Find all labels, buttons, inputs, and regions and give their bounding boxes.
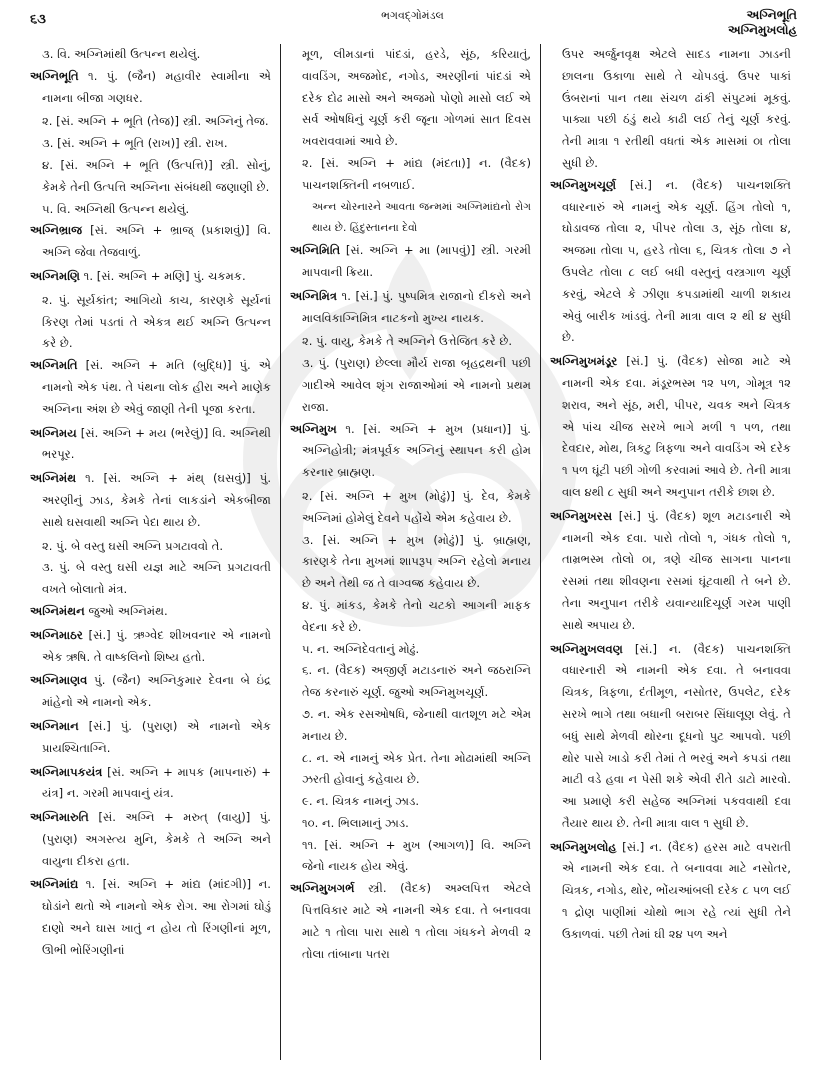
dictionary-entry: અગ્નિભૂતિ ૧. પું. (જૈન) મહાવીર સ્વામીના … [30, 66, 271, 110]
entry-definition: [સં.] પું. (વૈદક) શૂળ મટાડનારી એ નામની એ… [562, 509, 791, 632]
entry-headword: અગ્નિમંથન [30, 604, 85, 618]
entry-sense: ૩. [સં. અગ્નિ + ભૂતિ (રાખ)] સ્ત્રી. રાખ. [30, 133, 271, 155]
entry-headword: અગ્નિમય [30, 426, 77, 440]
entry-continuation: ઉપર અર્જુનવૃક્ષ એટલે સાદડ નામના ઝાડની છા… [550, 44, 791, 175]
book-title: ભગવદ્ગોમંડલ [0, 9, 825, 23]
dictionary-entry: અગ્નિમિત્ર ૧. [સં.] પું. પુષ્પમિત્ર રાજા… [290, 286, 531, 330]
page-header: ૬૩ ભગવદ્ગોમંડલ અગ્નિભૂતિ અગ્નિમુખલોહ [0, 0, 825, 44]
entry-definition: ૧. [સં.] પું. પુષ્પમિત્ર રાજાનો દીકરો અન… [302, 289, 531, 325]
entry-definition: જુઓ અગ્નિમંથ. [85, 604, 168, 618]
entry-headword: અગ્નિમાણવ [30, 673, 87, 687]
entry-headword: અગ્નિમાઠર [30, 628, 83, 642]
entry-headword: અગ્નિમારુતિ [30, 810, 89, 824]
dictionary-entry: અગ્નિમુખલવણ [સં.] ન. (વૈદક) પાચનશક્તિ વધ… [550, 639, 791, 835]
entry-continuation: મૂળ, લીમડાનાં પાંદડાં, હરડે, સૂંઠ, કરિયા… [290, 44, 531, 153]
entry-sense: ૨. પું. સૂર્યકાંત; આગિયો કાચ, કારણકે સૂર… [30, 290, 271, 355]
dictionary-entry: અગ્નિમાપકયંત્ર [સં. અગ્નિ + માપક (માપનાર… [30, 762, 271, 806]
entry-definition: [સં. અગ્નિ + મય (ભરેલું)] વિ. અગ્નિથી ભર… [42, 426, 271, 462]
column-middle: મૂળ, લીમડાનાં પાંદડાં, હરડે, સૂંઠ, કરિયા… [280, 44, 540, 1060]
entry-headword: અગ્નિમુખ [290, 422, 337, 436]
dictionary-entry: અગ્નિમારુતિ [સં. અગ્નિ + મરુત્ (વાયુ)] પ… [30, 807, 271, 872]
entry-sense: ૧૦. ન. ભિલામાનું ઝાડ. [290, 813, 531, 835]
entry-definition: [સં.] ન. (વૈદક) હરસ માટે વપરાતી એ નામની … [562, 840, 791, 941]
guide-word-first: અગ્નિભૂતિ [728, 8, 797, 23]
entry-definition: [સં.] ન. (વૈદક) પાચનશક્તિ વધારનારી એ નામ… [562, 642, 791, 830]
entry-headword: અગ્નિમુખગર્ભ [290, 881, 355, 895]
dictionary-entry: અગ્નિમુખચૂર્ણ [સં.] ન. (વૈદક) પાચનશક્તિ … [550, 175, 791, 349]
entry-headword: અગ્નિમંથ [30, 471, 76, 485]
entry-sense: ૯. ન. ચિત્રક નામનું ઝાડ. [290, 791, 531, 813]
entry-sense: ૩. પું. (પુરાણ) છેલ્લા મૌર્ય રાજા બૃહદ્ર… [290, 353, 531, 418]
entry-sense: ૨. [સં. અગ્નિ + માંદ્ય (મંદતા)] ન. (વૈદક… [290, 153, 531, 197]
entry-headword: અગ્નિમુખમંડૂર [550, 354, 617, 368]
dictionary-entry: અગ્નિમાન [સં.] પું. (પુરાણ) એ નામનો એક પ… [30, 716, 271, 760]
entry-definition: ૧. [સં. અગ્નિ + મુખ (પ્રધાન)] પું. અગ્નિ… [302, 422, 531, 480]
guide-words: અગ્નિભૂતિ અગ્નિમુખલોહ [728, 8, 797, 38]
entry-sense: ૩. વિ. અગ્નિમાંથી ઉત્પન્ન થયેલું. [30, 44, 271, 66]
entry-headword: અગ્નિમણિ [30, 269, 80, 283]
dictionary-entry: અગ્નિમુખમંડૂર [સં.] પું. (વૈદક) સોજા માટ… [550, 351, 791, 504]
entry-headword: અગ્નિમતિ [30, 358, 78, 372]
dictionary-entry: અગ્નિમણિ ૧. [સં. અગ્નિ + મણિ] પું. ચકમક. [30, 266, 271, 288]
entry-sense: ૩. પું. બે વસ્તુ ઘસી યજ્ઞ માટે અગ્નિ પ્ર… [30, 557, 271, 601]
column-left: ૩. વિ. અગ્નિમાંથી ઉત્પન્ન થયેલું.અગ્નિભૂ… [28, 44, 280, 1060]
dictionary-entry: અગ્નિમુખરસ [સં.] પું. (વૈદક) શૂળ મટાડનાર… [550, 506, 791, 637]
entry-sense: ૬. ન. (વૈદક) અજીર્ણ મટાડનારું અને જઠરાગ્… [290, 660, 531, 704]
dictionary-entry: અગ્નિમાણવ પું. (જૈન) અગ્નિકુમાર દેવના બે… [30, 670, 271, 714]
entry-headword: અગ્નિમુખલવણ [550, 642, 623, 656]
entry-sense: ૮. ન. એ નામનું એક પ્રેત. તેના મોઢામાંથી … [290, 748, 531, 792]
dictionary-entry: અગ્નિભ્રાજ [સં. અગ્નિ + ભ્રાજ્ (પ્રકાશવુ… [30, 220, 271, 264]
dictionary-entry: અગ્નિમાંદ્ય ૧. [સં. અગ્નિ + માંદ્ય (માંદ… [30, 874, 271, 961]
entry-definition: [સં.] પું. (વૈદક) સોજા માટે એ નામની એક દ… [562, 354, 791, 499]
entry-sense: ૩. [સં. અગ્નિ + મુખ (મોઢું)] પું. બ્રાહ્… [290, 530, 531, 595]
entry-sense: ૨. [સં. અગ્નિ + ભૂતિ (તેજ)] સ્ત્રી. અગ્ન… [30, 111, 271, 133]
entry-quotation: અન્ન ચોરનારને આવતા જન્મમાં અગ્નિમાંદ્યનો… [290, 197, 531, 241]
entry-sense: ૪. [સં. અગ્નિ + ભૂતિ (ઉત્પત્તિ)] સ્ત્રી.… [30, 155, 271, 199]
entry-sense: ૨. [સં. અગ્નિ + મુખ (મોઢું)] પું. દેવ, ક… [290, 486, 531, 530]
dictionary-columns: ૩. વિ. અગ્નિમાંથી ઉત્પન્ન થયેલું.અગ્નિભૂ… [28, 44, 800, 1060]
entry-headword: અગ્નિભૂતિ [30, 69, 79, 83]
column-right: ઉપર અર્જુનવૃક્ષ એટલે સાદડ નામના ઝાડની છા… [540, 44, 800, 1060]
entry-headword: અગ્નિમુખરસ [550, 509, 612, 523]
entry-sense: ૧૧. [સં. અગ્નિ + મુખ (આગળ)] વિ. અગ્નિ જે… [290, 835, 531, 879]
entry-sense: ૪. પું. માંકડ, કેમકે તેનો ચટકો આગની માફક… [290, 595, 531, 639]
dictionary-entry: અગ્નિમય [સં. અગ્નિ + મય (ભરેલું)] વિ. અગ… [30, 423, 271, 467]
entry-sense: ૨. પું. બે વસ્તુ ઘસી અગ્નિ પ્રગટાવવો તે. [30, 536, 271, 558]
dictionary-entry: અગ્નિમતિ [સં. અગ્નિ + મતિ (બુદ્ધિ)] પું.… [30, 355, 271, 420]
dictionary-entry: અગ્નિમુખ ૧. [સં. અગ્નિ + મુખ (પ્રધાન)] પ… [290, 419, 531, 484]
entry-sense: ૭. ન. એક રસઓષધિ, જેનાથી વાતશૂળ મટે એમ મન… [290, 704, 531, 748]
entry-sense: ૫. ન. અગ્નિદેવતાનું મોઢું. [290, 639, 531, 661]
dictionary-entry: અગ્નિમંથ ૧. [સં. અગ્નિ + મંથ્ (ઘસવું)] પ… [30, 468, 271, 533]
entry-definition: ૧. [સં. અગ્નિ + મણિ] પું. ચકમક. [80, 269, 246, 283]
entry-headword: અગ્નિમાંદ્ય [30, 877, 78, 891]
entry-headword: અગ્નિમુખલોહ [550, 840, 617, 854]
entry-headword: અગ્નિભ્રાજ [30, 223, 82, 237]
entry-definition: [સં.] ન. (વૈદક) પાચનશક્તિ વધારનારું એ ના… [562, 178, 791, 345]
dictionary-entry: અગ્નિમિતિ [સં. અગ્નિ + મા (માપવું)] સ્ત્… [290, 240, 531, 284]
entry-headword: અગ્નિમાપકયંત્ર [30, 765, 102, 779]
entry-headword: અગ્નિમિત્ર [290, 289, 337, 303]
dictionary-entry: અગ્નિમંથન જુઓ અગ્નિમંથ. [30, 601, 271, 623]
entry-definition: ૧. [સં. અગ્નિ + મંથ્ (ઘસવું)] પું. અરણીન… [42, 471, 271, 529]
entry-headword: અગ્નિમિતિ [290, 243, 340, 257]
entry-headword: અગ્નિમાન [30, 719, 79, 733]
entry-sense: ૨. પું. વાયુ, કેમકે તે અગ્નિને ઉત્તેજિત … [290, 331, 531, 353]
dictionary-entry: અગ્નિમુખગર્ભ સ્ત્રી. (વૈદક) અમ્લપિત્ત એટ… [290, 878, 531, 965]
dictionary-entry: અગ્નિમુખલોહ [સં.] ન. (વૈદક) હરસ માટે વપર… [550, 837, 791, 946]
guide-word-last: અગ્નિમુખલોહ [728, 23, 797, 38]
entry-headword: અગ્નિમુખચૂર્ણ [550, 178, 616, 192]
dictionary-entry: અગ્નિમાઠર [સં.] પું. ઋગ્વેદ શીખવનાર એ ના… [30, 625, 271, 669]
entry-sense: ૫. વિ. અગ્નિથી ઉત્પન્ન થયેલું. [30, 199, 271, 221]
